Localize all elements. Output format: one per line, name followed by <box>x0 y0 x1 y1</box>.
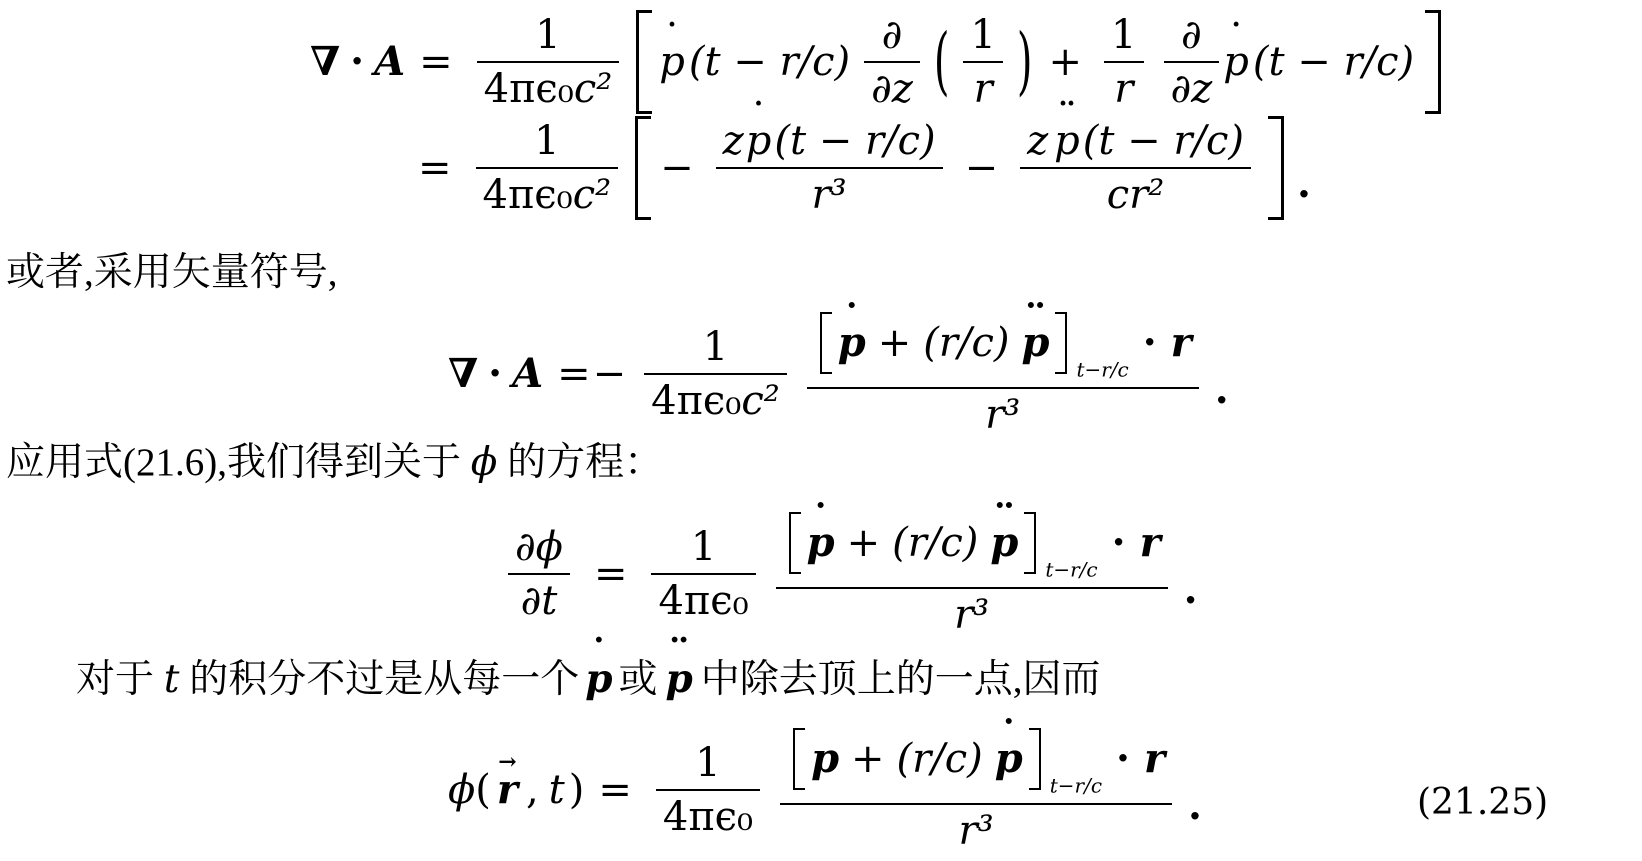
t-symbol: t <box>549 769 565 811</box>
dot-operator: · <box>488 353 502 395</box>
retarded-time-subscript: t−r/c <box>1045 559 1097 580</box>
paragraph-text: 的方程： <box>497 441 663 484</box>
fraction-denominator: cr² <box>1020 167 1251 216</box>
z-symbol: z <box>1027 120 1048 162</box>
fraction-numerator: ∂ <box>864 14 920 61</box>
c-squared: c² <box>741 378 779 424</box>
vector-A-symbol: A <box>512 353 543 395</box>
second-term-fraction: z ¨p (t − r/c) cr² <box>1020 120 1251 216</box>
overdot-mark: ˙ <box>998 716 1019 758</box>
fraction-denominator: 4πϵ₀c² <box>477 61 620 110</box>
first-term-fraction: z ˙p (t − r/c) r³ <box>716 120 943 216</box>
paragraph-text: 中除去顶上的一点,因而 <box>701 658 1101 701</box>
vector-r-symbol: r <box>1144 738 1165 780</box>
p-dot-vector-symbol: ˙p <box>995 738 1023 780</box>
p-vector-symbol: p <box>811 738 839 780</box>
fraction-denominator: r <box>1104 61 1143 110</box>
phi-symbol: ϕ <box>471 440 498 485</box>
r-over-c-factor: (r/c) <box>923 322 1009 364</box>
nabla-symbol: ∇ <box>448 353 478 395</box>
sentence-period: . <box>1215 369 1229 411</box>
coefficient-fraction: 1 4πϵ₀c² <box>644 326 787 422</box>
p-ddot-vector-symbol: ¨p <box>1021 322 1049 364</box>
fraction-numerator: ∂ <box>1164 14 1220 61</box>
left-paren: ( <box>475 769 491 811</box>
equation-divA-vector: ∇ · A = − 1 4πϵ₀c² ˙p + (r/c) ¨p t−r/c ·… <box>448 312 1229 436</box>
r-over-c-factor: (r/c) <box>892 522 978 564</box>
p-dot-symbol: ˙p <box>1223 41 1249 83</box>
left-paren: ( <box>934 23 950 101</box>
right-bracket <box>1425 10 1441 114</box>
double-dot-mark: ¨ <box>1025 300 1046 342</box>
minus-sign: − <box>965 147 999 189</box>
overdot-mark: ˙ <box>662 19 683 61</box>
one-over-r-fraction: 1 r <box>1104 14 1143 110</box>
denominator-constant: 4πϵ₀ <box>483 172 573 218</box>
retarded-time-subscript: t−r/c <box>1076 359 1128 380</box>
fraction-denominator: 4πϵ₀ <box>651 573 755 622</box>
fraction-numerator: ∂ϕ <box>508 526 570 573</box>
fraction-denominator: 4πϵ₀c² <box>644 373 787 422</box>
right-square-bracket <box>1024 512 1036 574</box>
retarded-time-subscript: t−r/c <box>1050 775 1102 796</box>
left-square-bracket <box>793 728 805 790</box>
minus-sign: − <box>593 353 627 395</box>
c-squared: c² <box>574 66 612 112</box>
fraction-denominator: 4πϵ₀ <box>656 789 760 838</box>
paragraph-text: 或 <box>619 658 658 701</box>
coefficient-fraction: 1 4πϵ₀c² <box>476 120 619 216</box>
p-ddot-vector-symbol: ¨p <box>666 656 693 703</box>
p-dot-symbol: ˙p <box>659 41 685 83</box>
overdot-mark: ˙ <box>1226 19 1247 61</box>
p-dot-vector-symbol: ˙p <box>807 522 835 564</box>
fraction-numerator: p + (r/c) ˙p t−r/c · r <box>780 728 1172 803</box>
fraction-denominator: r³ <box>776 587 1168 636</box>
fraction-denominator: ∂z <box>864 61 920 110</box>
fraction-denominator: r³ <box>807 387 1199 436</box>
equals-sign: = <box>594 553 628 595</box>
equals-sign: = <box>557 353 591 395</box>
sentence-period: . <box>1297 163 1311 205</box>
paragraph-text: 或者,采用矢量符号, <box>6 251 338 294</box>
r-vector-arrow-symbol: →r <box>497 769 518 811</box>
p-dot-vector-symbol: ˙p <box>585 656 612 703</box>
coefficient-fraction: 1 4πϵ₀ <box>651 526 755 622</box>
right-square-bracket <box>1029 728 1041 790</box>
vector-r-symbol: r <box>1140 522 1161 564</box>
left-square-bracket <box>789 512 801 574</box>
fraction-denominator: 4πϵ₀c² <box>476 167 619 216</box>
left-square-bracket <box>820 312 832 374</box>
p-dot-vector-symbol: ˙p <box>838 322 866 364</box>
equals-sign: = <box>598 769 632 811</box>
fraction-numerator: 1 <box>963 14 1002 61</box>
one-over-r-fraction: 1 r <box>963 14 1002 110</box>
left-bracket <box>636 10 652 114</box>
p-ddot-vector-symbol: ¨p <box>990 522 1018 564</box>
equation-divA-line1: ∇ · A = 1 4πϵ₀c² ˙p (t − r/c) ∂ ∂z ( 1 r… <box>310 14 1448 110</box>
fraction-denominator: r³ <box>716 167 943 216</box>
right-paren: ) <box>569 769 585 811</box>
comma-separator: , <box>526 769 539 811</box>
phi-symbol: ϕ <box>448 769 475 811</box>
paragraph-text: 应用式(21.6),我们得到关于 <box>6 441 471 484</box>
paragraph-text: 的积分不过是从每一个 <box>179 658 579 701</box>
plus-sign: + <box>847 522 881 564</box>
vector-arrow-mark: → <box>498 751 516 773</box>
fraction-numerator: 1 <box>644 326 787 373</box>
double-dot-mark: ¨ <box>669 635 689 676</box>
dot-operator: · <box>350 41 364 83</box>
minus-sign: − <box>660 147 694 189</box>
overdot-mark: ˙ <box>589 635 609 676</box>
equation-phi-21-25: ϕ ( →r , t ) = 1 4πϵ₀ p + (r/c) ˙p t−r/c… <box>448 728 1202 852</box>
fraction-numerator: 1 <box>651 526 755 573</box>
partial-z-fraction: ∂ ∂z <box>1164 14 1220 110</box>
p-dot-symbol: ˙p <box>746 120 772 162</box>
plus-sign: + <box>878 322 912 364</box>
paragraph-apply-eq-21-6: 应用式(21.6),我们得到关于 ϕ 的方程： <box>6 440 663 487</box>
plus-sign: + <box>1049 41 1083 83</box>
equation-number: (21.25) <box>1417 782 1548 823</box>
fraction-numerator: ˙p + (r/c) ¨p t−r/c · r <box>807 312 1199 387</box>
t-symbol: t <box>164 657 180 702</box>
overdot-mark: ˙ <box>841 300 862 342</box>
retarded-argument: (t − r/c) <box>1083 120 1244 162</box>
right-paren: ) <box>1017 23 1033 101</box>
plus-sign: + <box>851 738 885 780</box>
nabla-symbol: ∇ <box>310 41 340 83</box>
fraction-numerator: z ˙p (t − r/c) <box>716 120 943 167</box>
coefficient-fraction: 1 4πϵ₀c² <box>477 14 620 110</box>
fraction-numerator: 1 <box>477 14 620 61</box>
c-squared: c² <box>573 172 611 218</box>
fraction-denominator: ∂t <box>508 573 570 622</box>
retarded-argument: (t − r/c) <box>774 120 935 162</box>
paragraph-text: 对于 <box>76 658 164 701</box>
denominator-constant: 4πϵ₀ <box>484 66 574 112</box>
fraction-numerator: 1 <box>656 742 760 789</box>
fraction-denominator: ∂z <box>1164 61 1220 110</box>
fraction-numerator: 1 <box>476 120 619 167</box>
paragraph-or-vector-notation: 或者,采用矢量符号, <box>6 250 338 297</box>
paragraph-time-integral: 对于 t 的积分不过是从每一个˙p或¨p中除去顶上的一点,因而 <box>76 656 1101 704</box>
z-symbol: z <box>723 120 744 162</box>
vector-A-symbol: A <box>374 41 405 83</box>
sentence-period: . <box>1184 569 1198 611</box>
p-ddot-symbol: ¨p <box>1054 120 1080 162</box>
textbook-page: { "sym": { "nabla": "∇", "cdot": "·", "v… <box>0 0 1642 861</box>
fraction-numerator: 1 <box>1104 14 1143 61</box>
right-bracket <box>1268 116 1284 220</box>
sentence-period: . <box>1188 785 1202 827</box>
dot-product-operator: · <box>1112 522 1126 564</box>
vector-r-symbol: r <box>1171 322 1192 364</box>
double-dot-mark: ¨ <box>1056 98 1077 140</box>
equals-sign: = <box>419 41 453 83</box>
fraction-numerator: ˙p + (r/c) ¨p t−r/c · r <box>776 512 1168 587</box>
double-dot-mark: ¨ <box>994 500 1015 542</box>
vector-term-fraction: ˙p + (r/c) ¨p t−r/c · r r³ <box>776 512 1168 636</box>
retarded-argument: (t − r/c) <box>1253 41 1414 83</box>
vector-term-fraction: p + (r/c) ˙p t−r/c · r r³ <box>780 728 1172 852</box>
retarded-argument: (t − r/c) <box>689 41 850 83</box>
dot-product-operator: · <box>1116 738 1130 780</box>
fraction-denominator: r³ <box>780 803 1172 852</box>
equals-sign: = <box>418 147 452 189</box>
right-square-bracket <box>1055 312 1067 374</box>
dot-product-operator: · <box>1143 322 1157 364</box>
left-bracket <box>635 116 651 220</box>
overdot-mark: ˙ <box>810 500 831 542</box>
overdot-mark: ˙ <box>748 98 769 140</box>
equation-divA-line2: = 1 4πϵ₀c² − z ˙p (t − r/c) r³ − z ¨p (t… <box>418 120 1311 216</box>
partial-z-fraction: ∂ ∂z <box>864 14 920 110</box>
denominator-constant: 4πϵ₀ <box>651 378 741 424</box>
fraction-numerator: z ¨p (t − r/c) <box>1020 120 1251 167</box>
fraction-denominator: r <box>963 61 1002 110</box>
r-over-c-factor: (r/c) <box>897 738 983 780</box>
coefficient-fraction: 1 4πϵ₀ <box>656 742 760 838</box>
equation-dphi-dt: ∂ϕ ∂t = 1 4πϵ₀ ˙p + (r/c) ¨p t−r/c · r r… <box>498 512 1198 636</box>
dphi-dt-fraction: ∂ϕ ∂t <box>508 526 570 622</box>
vector-term-fraction: ˙p + (r/c) ¨p t−r/c · r r³ <box>807 312 1199 436</box>
